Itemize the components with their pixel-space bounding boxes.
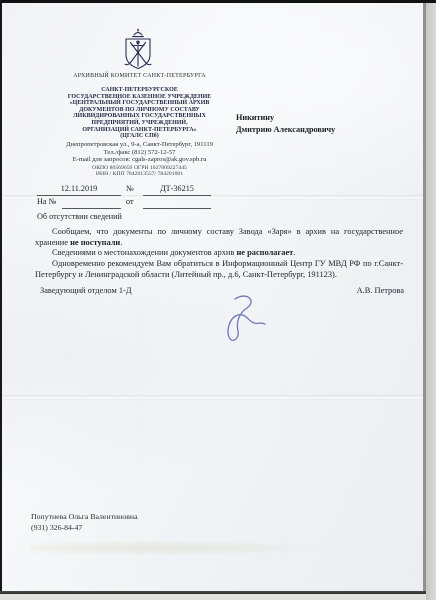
paragraph-2: Сведениями о местонахождении документов … (35, 248, 403, 259)
scan-left-border (0, 0, 2, 594)
recipient-block: Никитину Дмитрию Александровичу (236, 112, 416, 136)
handwritten-signature-icon (205, 292, 269, 353)
paragraph-3: Одновременно рекомендуем Вам обратиться … (35, 259, 403, 280)
incoming-ref-row: На № от (37, 197, 227, 210)
org-line: ЛИКВИДИРОВАННЫХ ГОСУДАРСТВЕННЫХ (22, 113, 257, 120)
phone-fax: Тел./факс (812) 572-12-57 (22, 149, 257, 157)
reply-date-blank (143, 197, 211, 209)
org-line: «ЦЕНТРАЛЬНЫЙ ГОСУДАРСТВЕННЫЙ АРХИВ (22, 100, 257, 107)
paragraph-1: Сообщаем, что документы по личному соста… (35, 227, 403, 248)
p1-period: . (120, 238, 122, 247)
recipient-name-patronymic: Дмитрию Александровичу (236, 124, 416, 136)
contact-block: Днепропетровская ул., 9-а, Санкт-Петербу… (22, 141, 257, 164)
p2-period: . (293, 248, 295, 257)
committee-name: АРХИВНЫЙ КОМИТЕТ САНКТ-ПЕТЕРБУРГА (22, 73, 257, 79)
p2-text: Сведениями о местонахождении документов … (52, 248, 236, 257)
letter-body: Сообщаем, что документы по личному соста… (35, 227, 403, 281)
p1-bold-phrase: не поступали (70, 238, 120, 247)
scanner-right-strip (426, 0, 436, 600)
p3-text: Одновременно рекомендуем Вам обратиться … (35, 259, 403, 279)
letter-paper: АРХИВНЫЙ КОМИТЕТ САНКТ-ПЕТЕРБУРГА САНКТ-… (2, 3, 423, 591)
org-line: ПРЕДПРИЯТИЙ, УЧРЕЖДЕНИЙ, (22, 120, 257, 127)
outgoing-number: ДТ-36215 (143, 184, 211, 196)
letter-subject: Об отсутствии сведений (37, 212, 227, 221)
registry-codes-block: ОКПО 80569659 ОГРН 1027809227445 ИНН / К… (22, 165, 257, 178)
recipient-surname: Никитину (236, 112, 416, 124)
signer-position: Заведующий отделом 1-Д (40, 286, 132, 295)
fold-crease-bottom (2, 395, 423, 400)
outgoing-date: 12.11.2019 (37, 184, 121, 196)
org-line: ДОКУМЕНТОВ ПО ЛИЧНОМУ СОСТАВУ (22, 107, 257, 114)
scanner-bottom-strip (0, 594, 426, 600)
inn-kpp: ИНН / КПП 7842013557/ 784201001 (22, 171, 257, 177)
reply-number-blank (62, 197, 121, 209)
p2-bold-phrase: не располагает (236, 248, 293, 257)
organization-name-block: САНКТ-ПЕТЕРБУРГСКОЕ ГОСУДАРСТВЕННОЕ КАЗЕ… (22, 87, 257, 140)
reference-block: 12.11.2019 № ДТ-36215 На № от Об отсутст… (37, 184, 227, 221)
reply-to-label: На № (37, 197, 56, 206)
spb-coat-of-arms-icon (120, 27, 156, 78)
scan-smudge (30, 540, 320, 556)
from-label: от (126, 197, 134, 206)
signer-name: А.В. Петрова (357, 286, 404, 295)
email-line: E-mail для запросов: cgals-zapros@ak.gov… (22, 156, 257, 164)
number-sign: № (126, 184, 134, 193)
org-line: (ЦГАЛС СПб) (22, 133, 257, 140)
scanned-letter-screenshot: { "colors": { "paper": "#f3f4f7", "ink":… (0, 0, 436, 600)
executor-phone: (931) 326-84-47 (31, 523, 138, 534)
executor-name: Попутнева Ольга Валентиновна (31, 512, 138, 523)
outgoing-ref-row: 12.11.2019 № ДТ-36215 (37, 184, 227, 197)
postal-address: Днепропетровская ул., 9-а, Санкт-Петербу… (22, 141, 257, 149)
org-line: САНКТ-ПЕТЕРБУРГСКОЕ (22, 87, 257, 94)
scan-top-border (0, 0, 436, 3)
executor-block: Попутнева Ольга Валентиновна (931) 326-8… (31, 512, 138, 533)
